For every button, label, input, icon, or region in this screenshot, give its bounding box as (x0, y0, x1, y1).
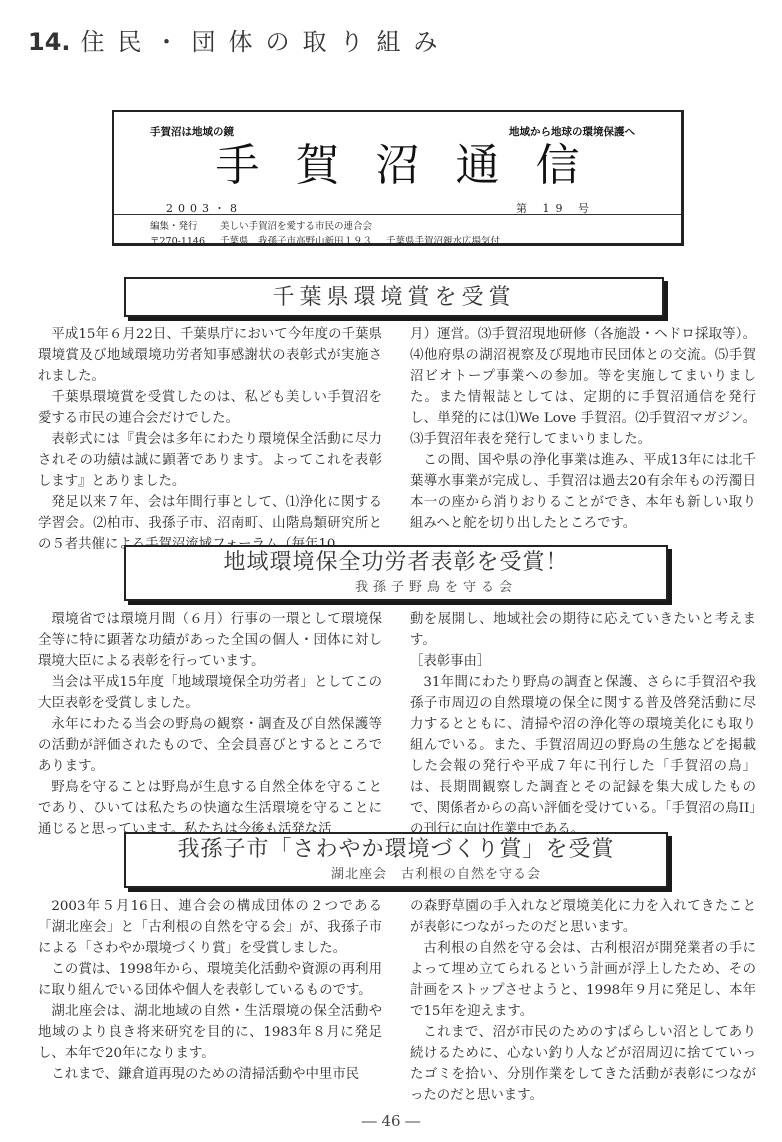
section-title: 地域環境保全功労者表彰を受賞！ (126, 550, 666, 576)
masthead-motto-right: 地域から地球の環境保護へ (509, 124, 635, 139)
paragraph: 永年にわたる当会の野鳥の観察・調査及び自然保護等の活動が評価されたもので、全会員… (38, 714, 382, 777)
paragraph: これまで、沼が市民のためのすばらしい沼としてあり続けるために、心ない釣り人などが… (410, 1022, 756, 1106)
paragraph: 環境省では環境月間（６月）行事の一環として環境保全等に特に顕著な功績があった全国… (38, 609, 382, 672)
article-3-right-column: の森野草園の手入れなど環境美化に力を入れてきたことが表彰につながったのだと思いま… (410, 896, 756, 1106)
paragraph: 湖北座会は、湖北地域の自然・生活環境の保全活動や地域のより良き将来研究を目的に、… (38, 1001, 382, 1064)
paragraph: 千葉県環境賞を受賞したのは、私ども美しい手賀沼を愛する市民の連合会だけでした。 (38, 387, 382, 429)
postal-code: 〒270-1146 (150, 233, 220, 247)
section-subtitle: 我孫子野鳥を守る会 (126, 576, 666, 595)
publisher-row: 編集・発行美しい手賀沼を愛する市民の連合会 (150, 218, 372, 232)
page-title: 14.住民・団体の取り組み (28, 22, 451, 57)
paragraph: 31年間にわたり野鳥の調査と保護、さらに手賀沼や我孫子市周辺の自然環境の保全に関… (410, 672, 756, 840)
paragraph: 月）運営。⑶手賀沼現地研修（各施設・ヘドロ採取等）。⑷他府県の湖沼視察及び現地市… (410, 324, 756, 450)
paragraph: 当会は平成15年度「地域環境保全功労者」としてこの大臣表彰を受賞しました。 (38, 672, 382, 714)
paragraph: 2003年５月16日、連合会の構成団体の２つである「湖北座会」と「古利根の自然を… (38, 896, 382, 959)
article-1-left-column: 平成15年６月22日、千葉県庁において今年度の千葉県環境賞及び地域環境功労者知事… (38, 324, 382, 555)
award-reason-heading: ［表彰事由］ (410, 651, 756, 672)
chapter-title: 住民・団体の取り組み (81, 28, 451, 56)
address: 千葉県 我孫子市高野山新田１９３ (220, 233, 372, 247)
paragraph: 平成15年６月22日、千葉県庁において今年度の千葉県環境賞及び地域環境功労者知事… (38, 324, 382, 387)
publisher-label: 編集・発行 (150, 218, 220, 232)
section-subtitle: 湖北座会 古利根の自然を守る会 (126, 863, 666, 882)
section-header-abiko-award: 我孫子市「さわやか環境づくり賞」を受賞 湖北座会 古利根の自然を守る会 (124, 832, 668, 888)
section-header-chiba-award: 千葉県環境賞を受賞 (124, 277, 664, 317)
masthead-divider (114, 214, 681, 215)
paragraph: この間、国や県の浄化事業は進み、平成13年には北千葉導水事業が完成し、手賀沼は過… (410, 450, 756, 534)
paragraph: 表彰式には『貴会は多年にわたり環境保全活動に尽力されその功績は誠に顕著であります… (38, 429, 382, 492)
paragraph: これまで、鎌倉道再現のための清掃活動や中里市民 (38, 1064, 382, 1085)
publisher-name: 美しい手賀沼を愛する市民の連合会 (220, 218, 372, 232)
paragraph: 動を展開し、地域社会の期待に応えていきたいと考えます。 (410, 609, 756, 651)
article-1-right-column: 月）運営。⑶手賀沼現地研修（各施設・ヘドロ採取等）。⑷他府県の湖沼視察及び現地市… (410, 324, 756, 534)
care-of: 千葉県手賀沼親水広場気付 (386, 233, 500, 247)
paragraph: この賞は、1998年から、環境美化活動や資源の再利用に取り組んでいる団体や個人を… (38, 959, 382, 1001)
article-2-right-column: 動を展開し、地域社会の期待に応えていきたいと考えます。 ［表彰事由］ 31年間に… (410, 609, 756, 840)
newsletter-masthead: 手賀沼は地域の鏡 地域から地球の環境保護へ 手賀沼通信 2003・8 第 19 … (112, 110, 684, 246)
section-title: 我孫子市「さわやか環境づくり賞」を受賞 (126, 837, 666, 863)
article-2-left-column: 環境省では環境月間（６月）行事の一環として環境保全等に特に顕著な功績があった全国… (38, 609, 382, 840)
paragraph: の森野草園の手入れなど環境美化に力を入れてきたことが表彰につながったのだと思いま… (410, 896, 756, 938)
address-row: 〒270-1146千葉県 我孫子市高野山新田１９３千葉県手賀沼親水広場気付 (150, 233, 500, 247)
paragraph: 野鳥を守ることは野鳥が生息する自然全体を守ることであり、ひいては私たちの快適な生… (38, 777, 382, 840)
section-title: 千葉県環境賞を受賞 (126, 285, 662, 311)
chapter-number: 14. (28, 28, 71, 56)
page-number: ― 46 ― (0, 1112, 782, 1130)
masthead-motto-left: 手賀沼は地域の鏡 (150, 124, 234, 139)
section-header-conservation-award: 地域環境保全功労者表彰を受賞！ 我孫子野鳥を守る会 (124, 545, 668, 601)
paragraph: 古利根の自然を守る会は、古利根沼が開発業者の手によって埋め立てられるという計画が… (410, 938, 756, 1022)
article-3-left-column: 2003年５月16日、連合会の構成団体の２つである「湖北座会」と「古利根の自然を… (38, 896, 382, 1085)
newsletter-title: 手賀沼通信 (114, 144, 681, 188)
